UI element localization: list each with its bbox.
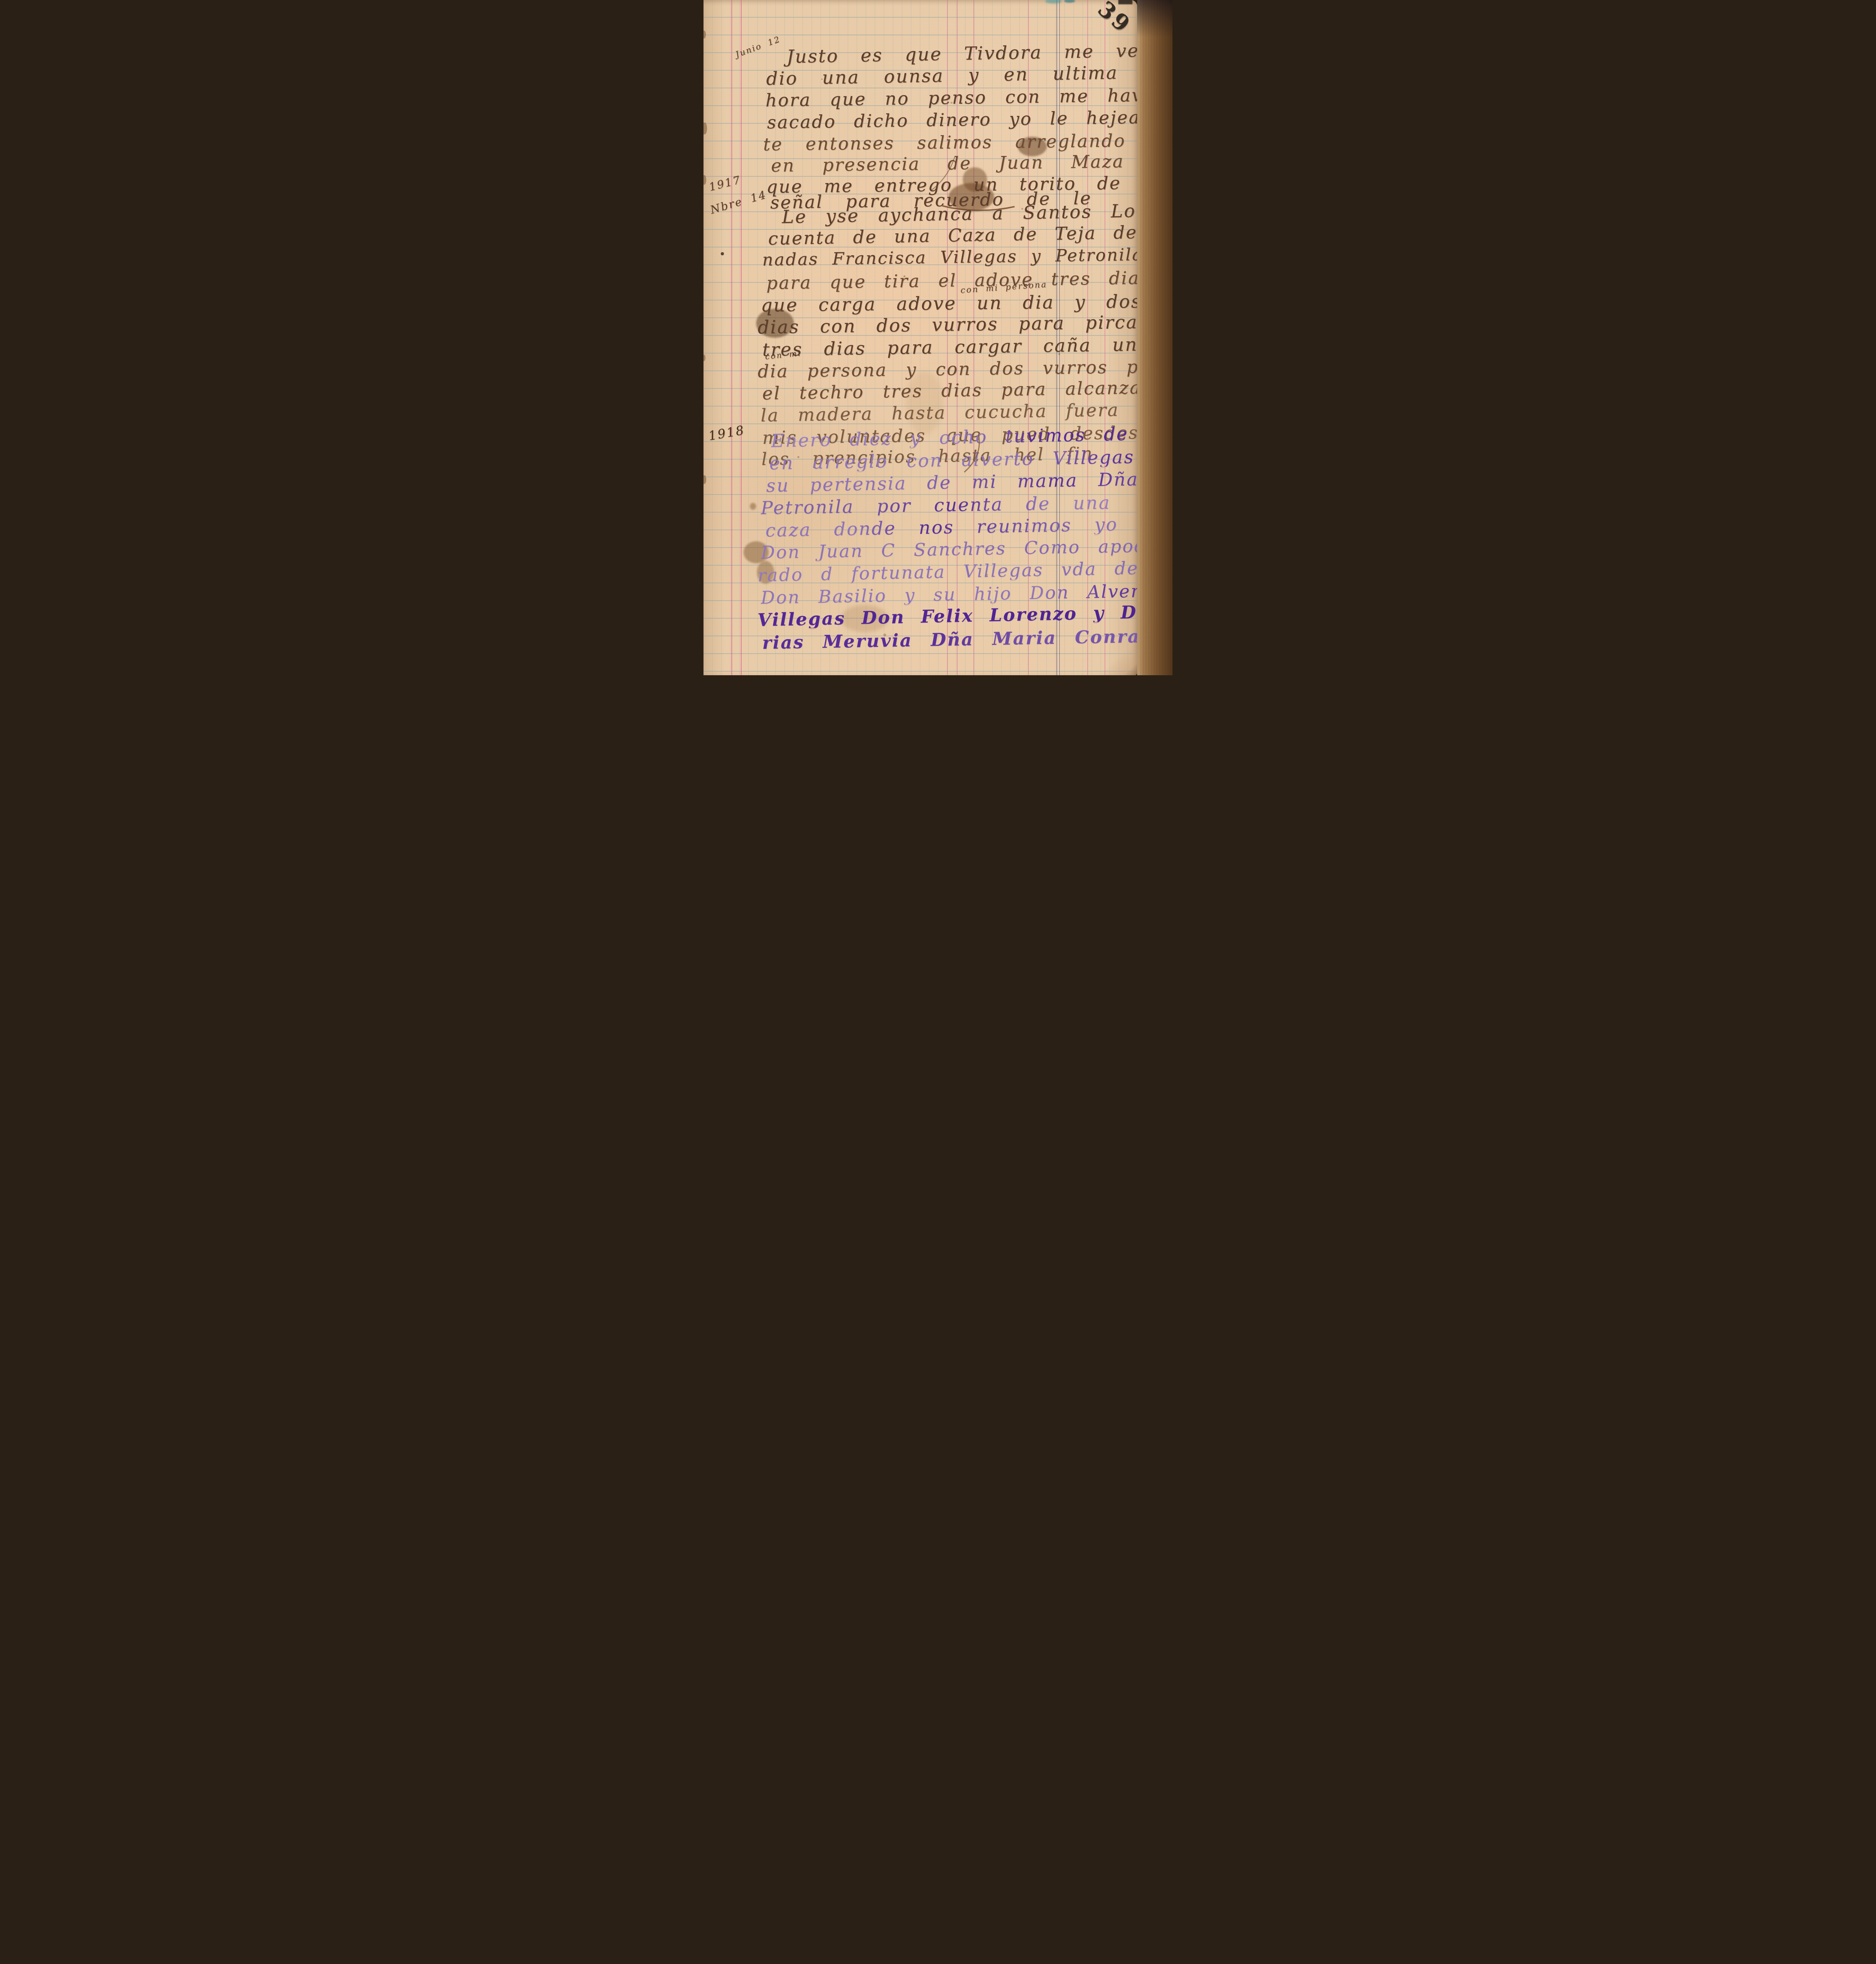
edge-mark — [1118, 0, 1132, 4]
page-fold — [1101, 643, 1137, 675]
manuscript-paper: 39 Junio 12 Justo es que Tivdora me ven … — [703, 0, 1137, 675]
handwriting-line: te entonses salimos arreglando — [763, 131, 1126, 154]
book-fore-edge — [1137, 0, 1172, 675]
handwriting-line: dia persona y con dos vurros para — [757, 357, 1137, 381]
margin-marker — [721, 252, 724, 255]
handwriting-line: en presencia de Juan Maza — [771, 152, 1124, 175]
handwriting-line: sacado dicho dinero yo le hejea — [767, 108, 1137, 132]
ink-spot — [750, 503, 756, 510]
handwriting-line: tres dias para cargar caña un — [762, 335, 1137, 359]
handwriting-line: Petronila por cuenta de una — [760, 493, 1111, 517]
handwriting-line: hora que no penso con me havia — [765, 86, 1137, 110]
handwriting-line: que carga adove un dia y dos — [760, 292, 1137, 315]
red-margin-line — [741, 0, 742, 675]
scanned-ledger-page: 39 Junio 12 Justo es que Tivdora me ven … — [703, 0, 1172, 675]
handwriting-line: dias con dos vurros para pircar — [757, 312, 1137, 337]
red-margin-line — [731, 0, 732, 675]
